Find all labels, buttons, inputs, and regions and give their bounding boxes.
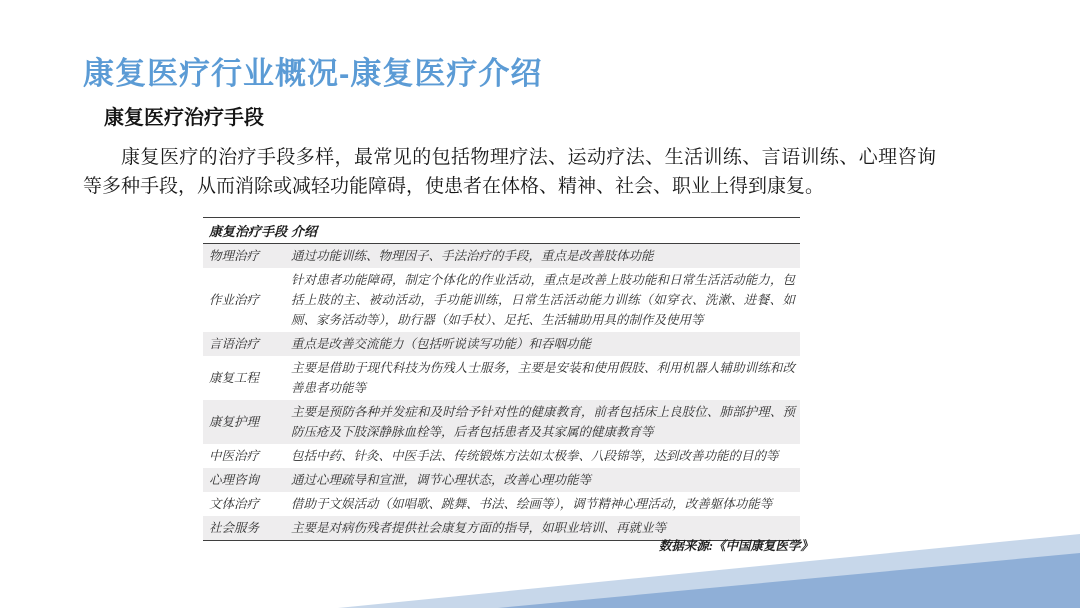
table-body: 物理治疗通过功能训练、物理因子、手法治疗的手段，重点是改善肢体功能作业治疗针对患… <box>203 244 800 541</box>
table-row: 文体治疗借助于文娱活动（如唱歌、跳舞、书法、绘画等），调节精神心理活动，改善躯体… <box>203 492 800 516</box>
treatment-method-cell: 康复工程 <box>203 356 291 400</box>
treatment-method-cell: 康复护理 <box>203 400 291 444</box>
section-subtitle: 康复医疗治疗手段 <box>104 101 264 130</box>
table-row: 言语治疗重点是改善交流能力（包括听说读写功能）和吞咽功能 <box>203 332 800 356</box>
treatment-method-cell: 心理咨询 <box>203 468 291 492</box>
table-row: 物理治疗通过功能训练、物理因子、手法治疗的手段，重点是改善肢体功能 <box>203 244 800 269</box>
treatment-method-cell: 文体治疗 <box>203 492 291 516</box>
treatment-table: 康复治疗手段 介绍 物理治疗通过功能训练、物理因子、手法治疗的手段，重点是改善肢… <box>203 218 800 540</box>
table-row: 中医治疗包括中药、针灸、中医手法、传统锻炼方法如太极拳、八段锦等，达到改善功能的… <box>203 444 800 468</box>
treatment-description-cell: 针对患者功能障碍，制定个体化的作业活动，重点是改善上肢功能和日常生活活动能力，包… <box>291 268 800 332</box>
treatment-description-cell: 借助于文娱活动（如唱歌、跳舞、书法、绘画等），调节精神心理活动，改善躯体功能等 <box>291 492 800 516</box>
treatment-method-cell: 中医治疗 <box>203 444 291 468</box>
table-row: 作业治疗针对患者功能障碍，制定个体化的作业活动，重点是改善上肢功能和日常生活活动… <box>203 268 800 332</box>
treatment-method-cell: 言语治疗 <box>203 332 291 356</box>
table-row: 康复护理主要是预防各种并发症和及时给予针对性的健康教育，前者包括床上良肢位、肺部… <box>203 400 800 444</box>
treatment-table-container: 康复治疗手段 介绍 物理治疗通过功能训练、物理因子、手法治疗的手段，重点是改善肢… <box>203 217 800 541</box>
intro-paragraph: 康复医疗的治疗手段多样，最常见的包括物理疗法、运动疗法、生活训练、言语训练、心理… <box>83 143 936 201</box>
treatment-description-cell: 重点是改善交流能力（包括听说读写功能）和吞咽功能 <box>291 332 800 356</box>
table-row: 心理咨询通过心理疏导和宣泄，调节心理状态，改善心理功能等 <box>203 468 800 492</box>
treatment-description-cell: 主要是预防各种并发症和及时给予针对性的健康教育，前者包括床上良肢位、肺部护理、预… <box>291 400 800 444</box>
treatment-description-cell: 通过心理疏导和宣泄，调节心理状态，改善心理功能等 <box>291 468 800 492</box>
column-header-method: 康复治疗手段 <box>203 218 291 244</box>
treatment-description-cell: 包括中药、针灸、中医手法、传统锻炼方法如太极拳、八段锦等，达到改善功能的目的等 <box>291 444 800 468</box>
treatment-description-cell: 通过功能训练、物理因子、手法治疗的手段，重点是改善肢体功能 <box>291 244 800 269</box>
treatment-method-cell: 作业治疗 <box>203 268 291 332</box>
column-header-description: 介绍 <box>291 218 800 244</box>
treatment-description-cell: 主要是借助于现代科技为伤残人士服务，主要是安装和使用假肢、利用机器人辅助训练和改… <box>291 356 800 400</box>
table-header-row: 康复治疗手段 介绍 <box>203 218 800 244</box>
bottom-decoration <box>0 528 1080 608</box>
table-row: 康复工程主要是借助于现代科技为伤残人士服务，主要是安装和使用假肢、利用机器人辅助… <box>203 356 800 400</box>
page-title: 康复医疗行业概况-康复医疗介绍 <box>83 48 542 93</box>
treatment-method-cell: 物理治疗 <box>203 244 291 269</box>
table-header: 康复治疗手段 介绍 <box>203 218 800 244</box>
slide: 康复医疗行业概况-康复医疗介绍 康复医疗治疗手段 康复医疗的治疗手段多样，最常见… <box>0 0 1080 608</box>
